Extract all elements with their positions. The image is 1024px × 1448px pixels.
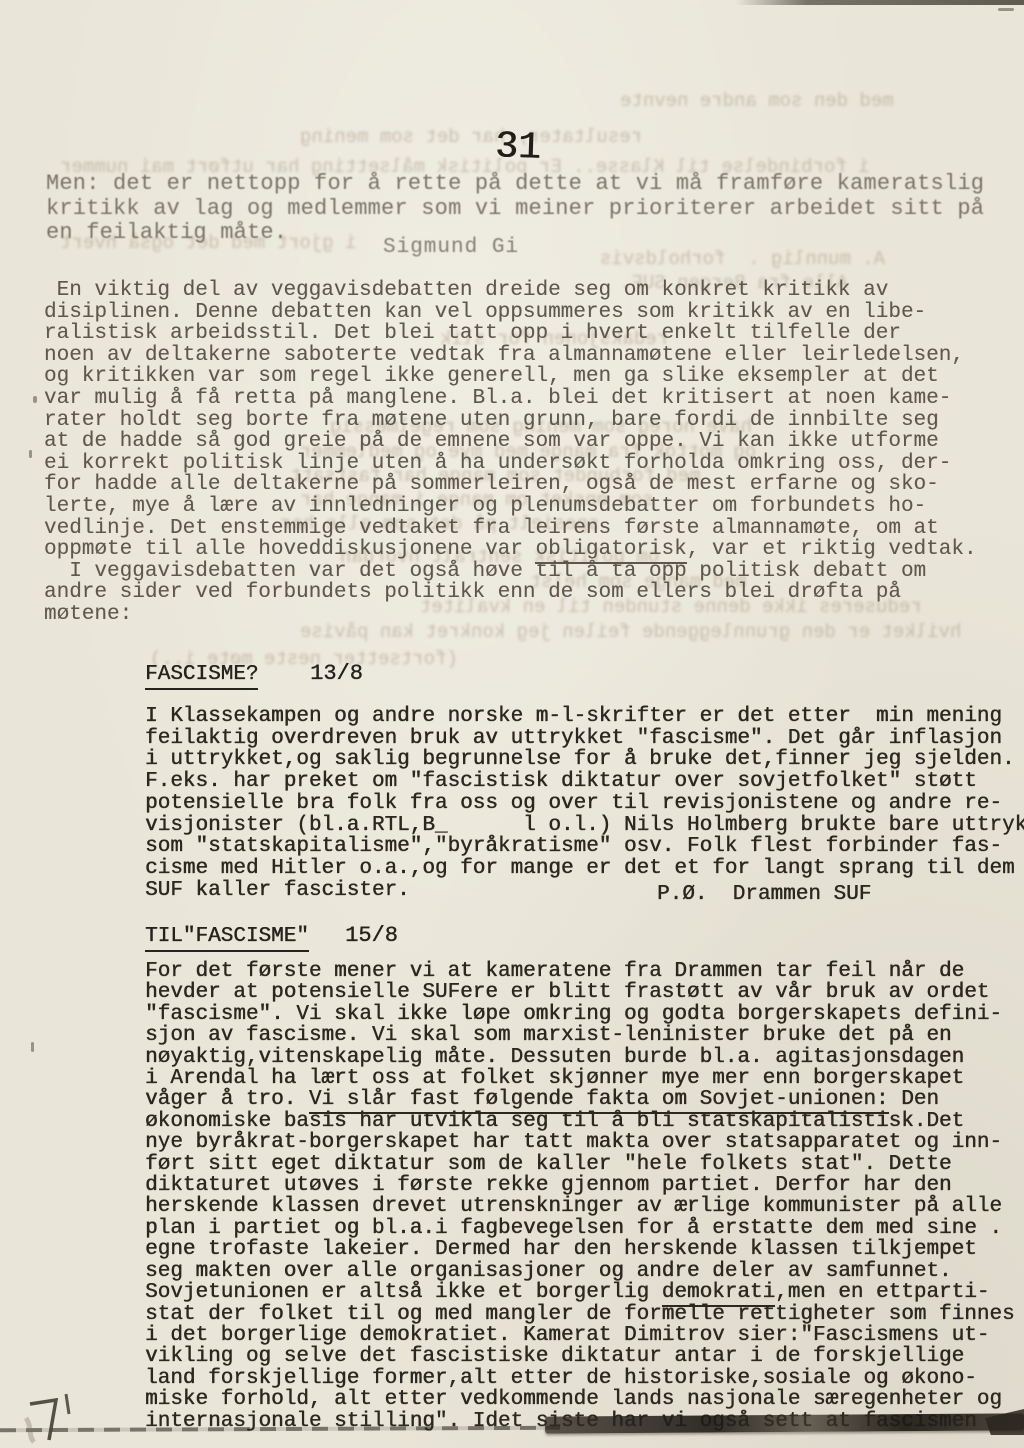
text-line: noen av deltakerne saboterte vedtak fra … <box>44 345 977 367</box>
text-line: rater holdt seg borte fra møtene uten gr… <box>44 410 977 432</box>
ghost-text-line: med den som andre nevnte <box>620 90 894 112</box>
text-segment: våger å tro. <box>145 1088 309 1111</box>
section-heading-til-fascisme: TIL"FASCISME" <box>145 925 309 952</box>
text-line: at de hadde så god greie på de emnene so… <box>44 431 977 453</box>
text-line: plan i partiet og bl.a.i fagbevegelsen f… <box>145 1218 1015 1239</box>
letter-fascisme-body: I Klassekampen og andre norske m-l-skrif… <box>145 706 1024 901</box>
page-number: 31 <box>494 125 541 170</box>
text-line: egne trofaste lakeier. Dermed har den he… <box>145 1239 1015 1260</box>
text-line: seg makten over alle organisasjoner og a… <box>145 1261 1015 1282</box>
signature-sigmund: Sigmund Gi <box>383 236 519 259</box>
text-line: i det borgerlige demokratiet. Kamerat Di… <box>145 1325 1015 1346</box>
text-line: En viktig del av veggavisdebatten dreide… <box>44 280 977 302</box>
text-line: i uttrykket,og saklig begrunnelse for å … <box>145 749 1024 771</box>
text-line: stat der folket til og med mangler de fo… <box>145 1304 1015 1325</box>
text-line: ei korrekt politisk linje uten å ha unde… <box>44 453 977 475</box>
wallpaper-debate-paragraph: En viktig del av veggavisdebatten dreide… <box>44 280 977 626</box>
text-line: "fascisme". Vi skal ikke løpe omkring og… <box>145 1004 1015 1025</box>
text-line: cisme med Hitler o.a.,og for mange er de… <box>145 858 1024 880</box>
text-line: For det første mener vi at kameratene fr… <box>145 961 1015 982</box>
text-line: miske forhold, alt etter vedkommende lan… <box>145 1389 1015 1410</box>
text-line: vedlinje. Det enstemmige vedtaket fra le… <box>44 518 977 540</box>
text-line: ralistisk arbeidsstil. Det blei tatt opp… <box>44 323 977 345</box>
text-line: og kritikken var som regel ikke generell… <box>44 366 977 388</box>
text-line: kritikk av lag og medlemmer som vi meine… <box>46 197 984 222</box>
text-line: ført sitt eget diktatur som de kaller "h… <box>145 1154 1015 1175</box>
text-line: potensielle bra folk fra oss og over til… <box>145 793 1024 815</box>
text-line: visjonister (bl.a.RTL,B_ l o.l.) Nils Ho… <box>145 815 1024 837</box>
text-line: disiplinen. Denne debatten kan vel oppsu… <box>44 302 977 324</box>
scanned-document-page: med den som andre nevnteresultater, har … <box>0 0 1024 1448</box>
scan-smudge-band <box>545 1413 1024 1433</box>
signature-drammen-suf: P.Ø. Drammen SUF <box>657 883 871 906</box>
text-line: økonomiske basis har utvikla seg til å b… <box>145 1111 1015 1132</box>
text-line: I Klassekampen og andre norske m-l-skrif… <box>145 706 1024 728</box>
section-date: 13/8 <box>310 661 363 686</box>
text-line: I veggavisdebatten var det også høve til… <box>44 561 977 583</box>
handwritten-mark <box>8 1388 108 1448</box>
text-line: Men: det er nettopp for å rette på dette… <box>46 172 984 197</box>
scan-edge-artifact <box>998 8 1014 11</box>
ink-speck <box>33 396 37 403</box>
text-line: Sovjetunionen er altså ikke et borgerlig… <box>145 1282 1015 1303</box>
text-segment: oppmøte til alle hoveddiskusjonene var <box>44 538 535 561</box>
text-line: nøyaktig,vitenskapelig måte. Dessuten bu… <box>145 1047 1015 1068</box>
section-date: 15/8 <box>345 923 398 948</box>
ghost-text-line: resultater, har det som mening <box>300 126 642 148</box>
text-line: diktaturet utøves i første rekke gjennom… <box>145 1175 1015 1196</box>
section-heading-row: FASCISME? 13/8 <box>145 663 258 690</box>
text-line: møtene: <box>44 604 977 626</box>
ink-speck <box>29 450 32 458</box>
section-heading-row: TIL"FASCISME" 15/8 <box>145 925 309 952</box>
text-line: oppmøte til alle hoveddiskusjonene var o… <box>44 539 977 561</box>
text-line: i Arendal ha lært oss at folket skjønner… <box>145 1068 1015 1089</box>
ink-speck <box>31 1042 34 1052</box>
text-line: sjon av fascisme. Vi skal som marxist-le… <box>145 1025 1015 1046</box>
text-segment: ,men en ettparti- <box>775 1281 989 1304</box>
text-segment: Sovjetunionen er altså ikke et borgerlig <box>145 1281 662 1304</box>
text-line: herskende klassen drevet utrenskninger a… <box>145 1196 1015 1217</box>
text-line: land forskjellige former,alt etter de hi… <box>145 1368 1015 1389</box>
text-line: var mulig å få retta på manglene. Bl.a. … <box>44 388 977 410</box>
text-line: F.eks. har preket om "fascistisk diktatu… <box>145 771 1024 793</box>
text-line: vikling og selve det fascistiske diktatu… <box>145 1346 1015 1367</box>
text-line: hevder at potensielle SUFere er blitt fr… <box>145 982 1015 1003</box>
text-line: lerte, mye å lære av innledninger og ple… <box>44 496 977 518</box>
ghost-text-line: A. munnlig . forholdsvis <box>600 248 885 270</box>
scan-edge-artifact <box>735 0 1024 5</box>
text-line: nye byråkrat-borgerskapet har tatt makta… <box>145 1132 1015 1153</box>
section-heading-fascisme: FASCISME? <box>145 663 258 690</box>
text-line: våger å tro. Vi slår fast følgende fakta… <box>145 1089 1015 1110</box>
text-line: feilaktig overdreven bruk av uttrykket "… <box>145 728 1024 750</box>
text-segment: , var et riktig vedtak. <box>687 538 977 561</box>
intro-paragraph: Men: det er nettopp for å rette på dette… <box>46 172 984 246</box>
text-line: som "statskapitalisme","byråkratisme" os… <box>145 836 1024 858</box>
text-line: SUF kaller fascister. <box>145 880 1024 902</box>
text-line: andre sider ved forbundets politikk enn … <box>44 582 977 604</box>
reply-til-fascisme-body: For det første mener vi at kameratene fr… <box>145 961 1015 1432</box>
text-line: for hadde alle deltakerne på sommerleire… <box>44 474 977 496</box>
text-segment: Den <box>889 1088 939 1111</box>
